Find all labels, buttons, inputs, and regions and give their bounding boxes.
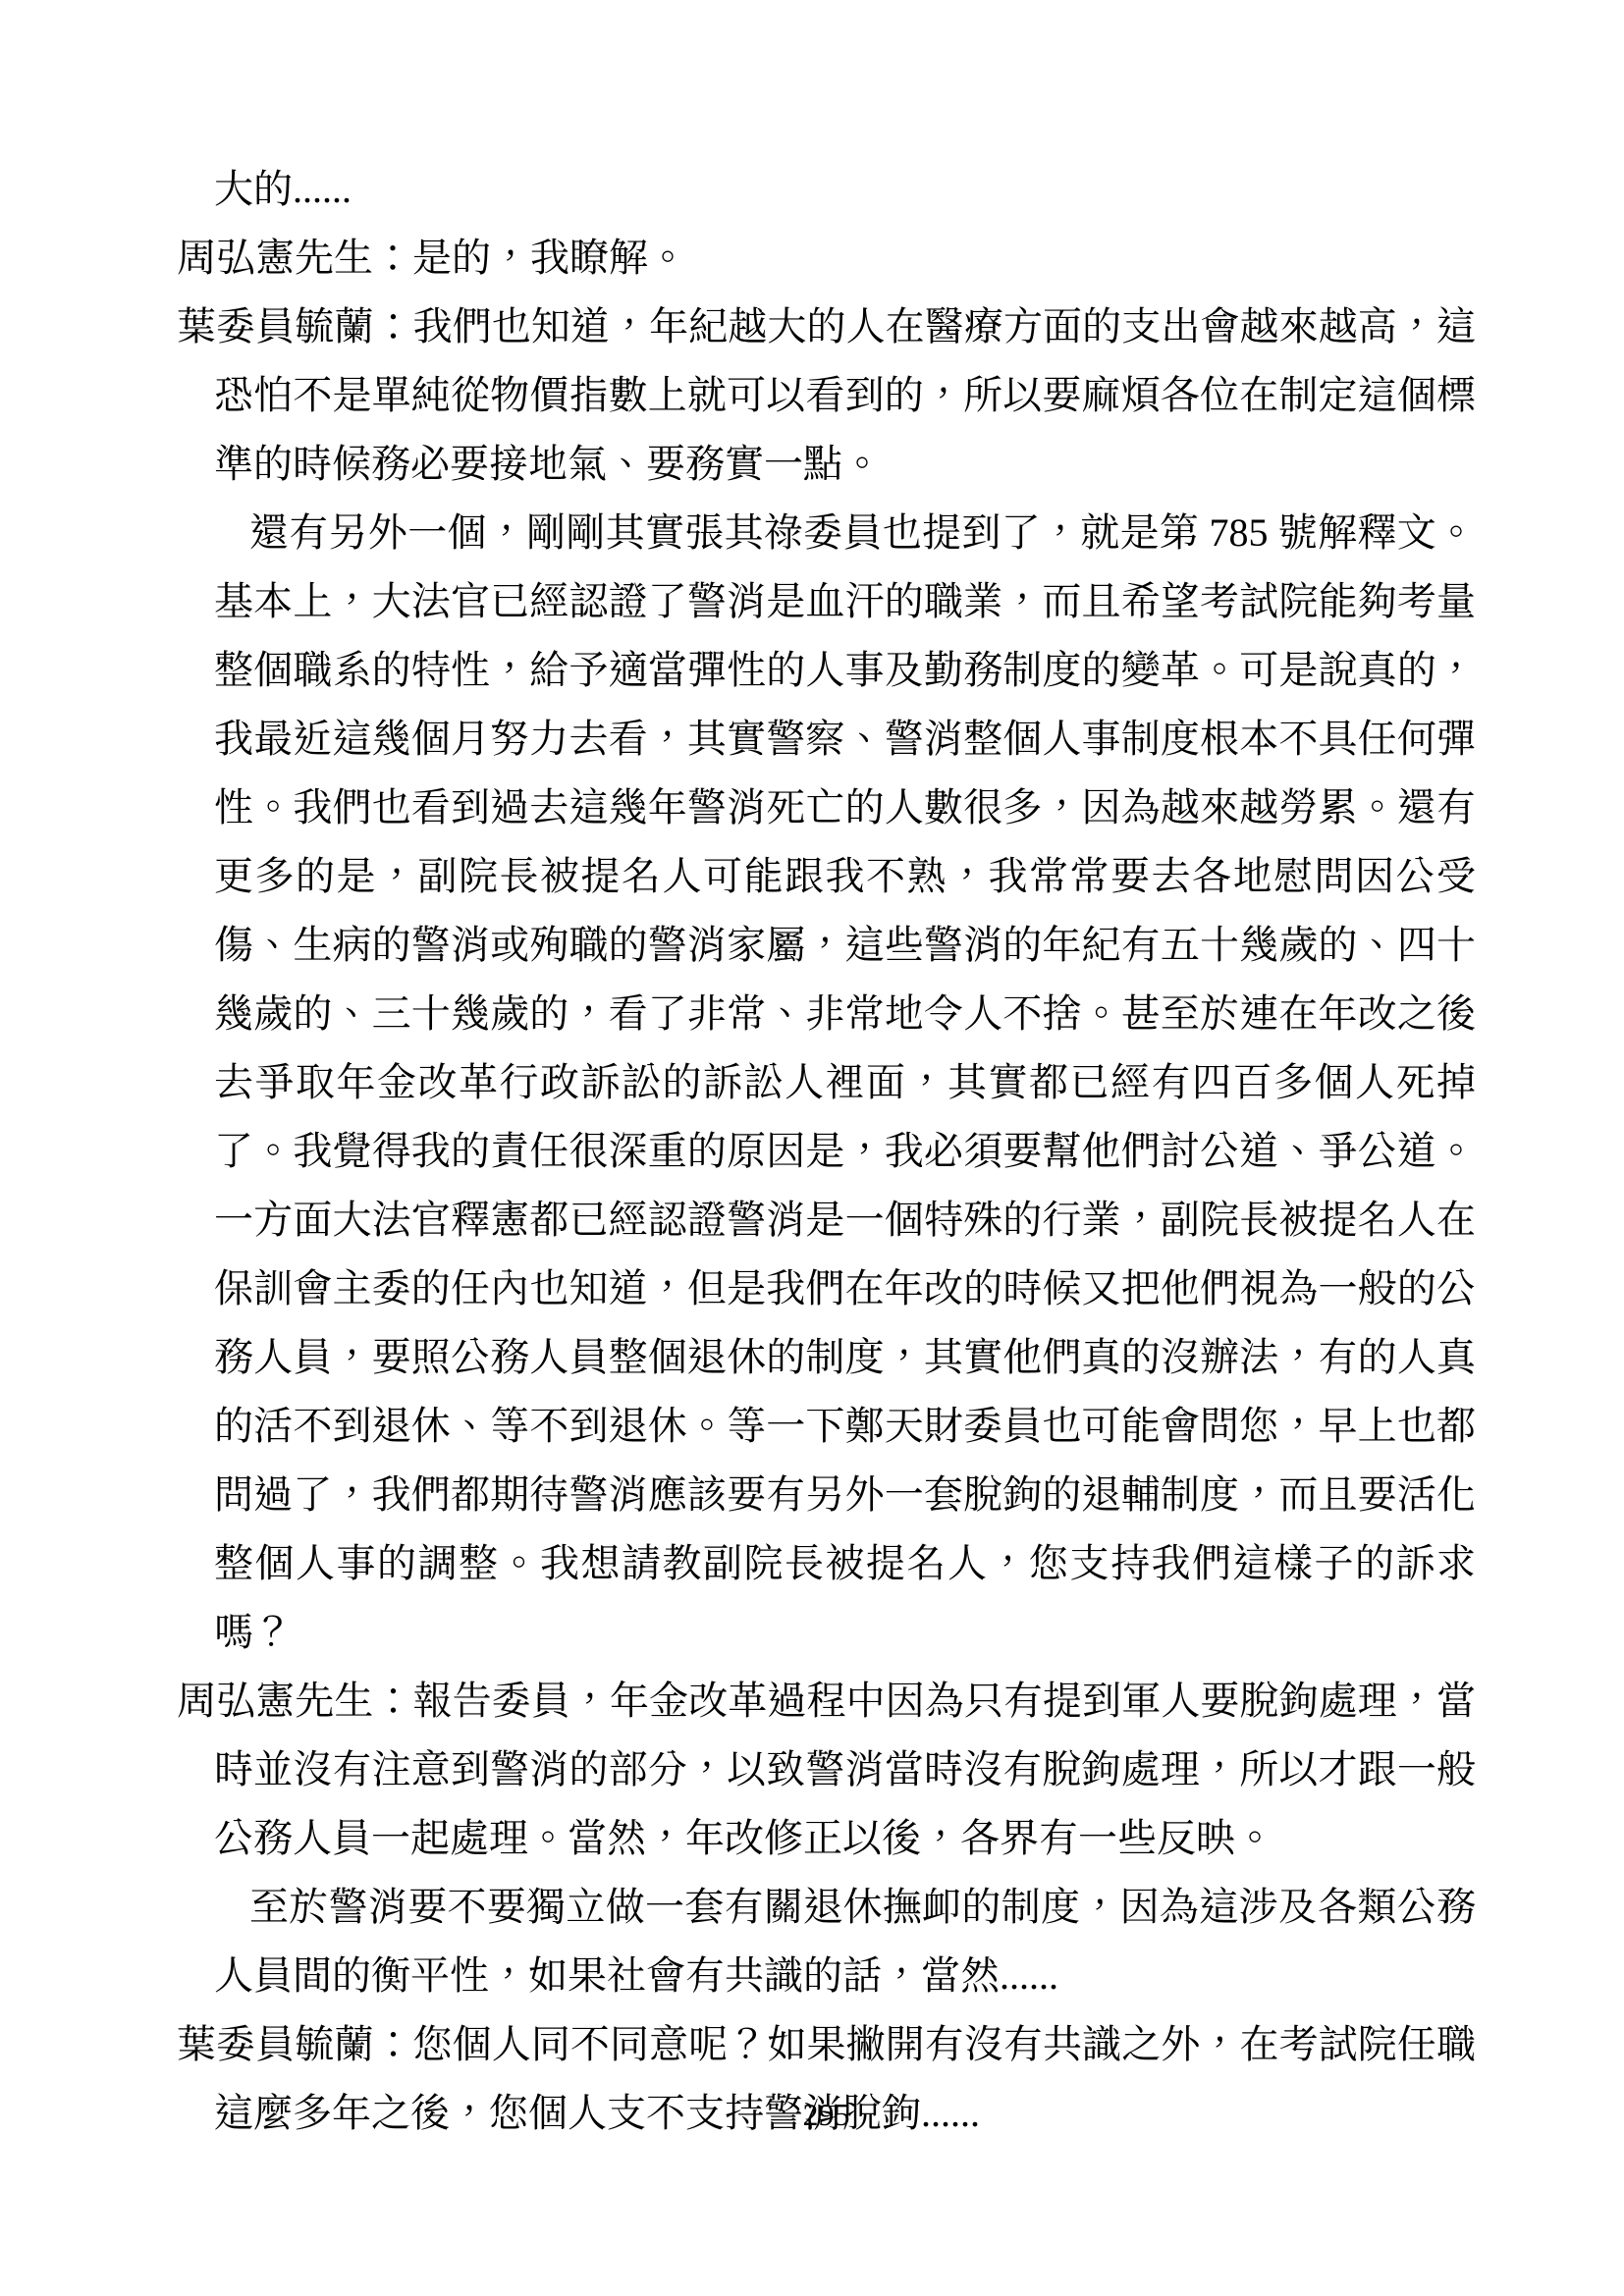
- speaker-name: 葉委員毓蘭：: [177, 2022, 413, 2066]
- speaker-name: 周弘憲先生：: [177, 1679, 413, 1723]
- transcript-paragraph: 葉委員毓蘭：我們也知道，年紀越大的人在醫療方面的支出會越來越高，這恐怕不是單純從…: [177, 293, 1476, 499]
- transcript-paragraph: 周弘憲先生：報告委員，年金改革過程中因為只有提到軍人要脫鉤處理，當時並沒有注意到…: [177, 1667, 1476, 1873]
- speaker-name: 葉委員毓蘭：: [177, 304, 413, 348]
- speech-text: 是的，我瞭解。: [412, 236, 687, 280]
- speaker-name: 周弘憲先生：: [177, 236, 412, 280]
- transcript-body: 大的...... 周弘憲先生：是的，我瞭解。 葉委員毓蘭：我們也知道，年紀越大的…: [177, 155, 1476, 2148]
- document-page: 大的...... 周弘憲先生：是的，我瞭解。 葉委員毓蘭：我們也知道，年紀越大的…: [0, 0, 1624, 2296]
- page-footer: 295: [177, 2095, 1476, 2134]
- transcript-paragraph: 周弘憲先生：是的，我瞭解。: [177, 224, 1476, 293]
- transcript-paragraph-inner: 至於警消要不要獨立做一套有關退休撫卹的制度，因為這涉及各類公務人員間的衡平性，如…: [177, 1873, 1476, 2010]
- transcript-paragraph-inner: 還有另外一個，剛剛其實張其祿委員也提到了，就是第 785 號解釋文。基本上，大法…: [177, 499, 1476, 1667]
- transcript-paragraph-continuation: 大的......: [177, 155, 1476, 224]
- page-number: 295: [803, 2097, 850, 2132]
